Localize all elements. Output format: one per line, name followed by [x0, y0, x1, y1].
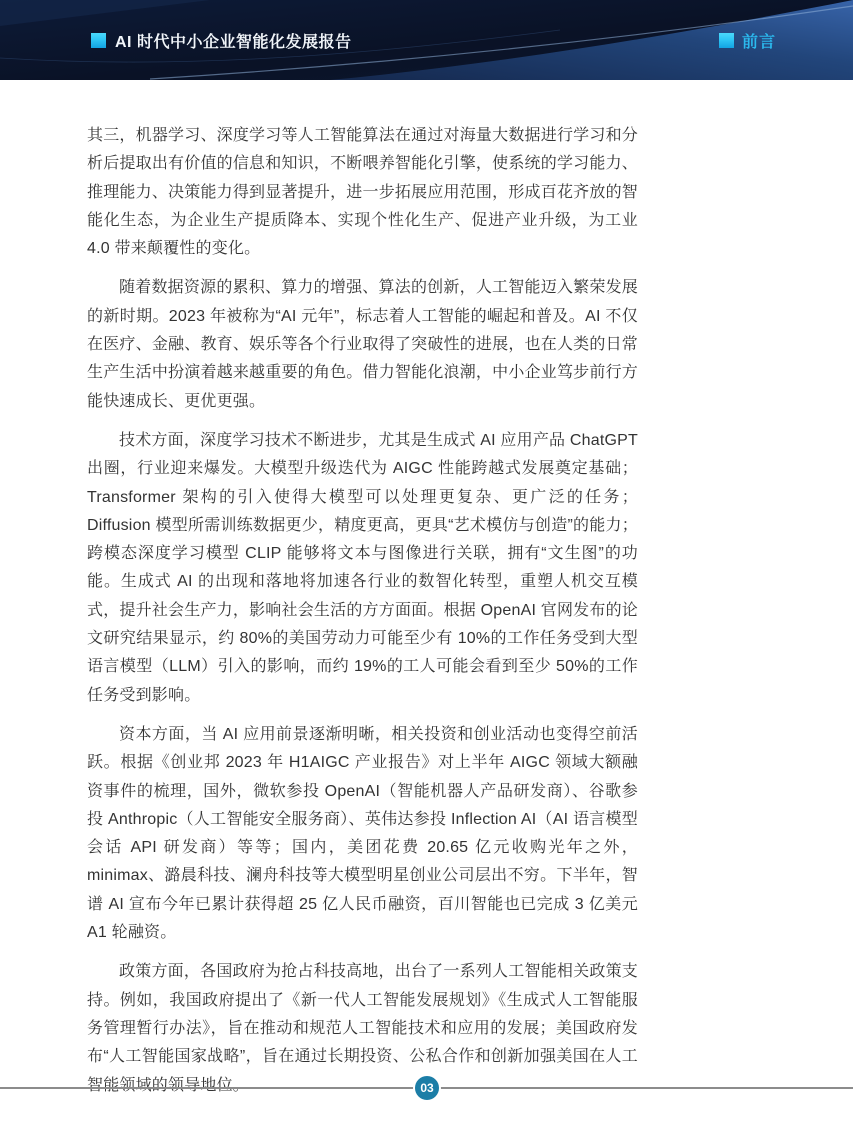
report-title: AI 时代中小企业智能化发展报告	[115, 29, 351, 52]
title-accent-square-icon	[91, 33, 106, 48]
paragraph-3: 技术方面，深度学习技术不断进步，尤其是生成式 AI 应用产品 ChatGPT 出…	[87, 427, 638, 710]
body-text: 其三，机器学习、深度学习等人工智能算法在通过对海量大数据进行学习和分析后提取出有…	[87, 122, 638, 1111]
section-accent-square-icon	[719, 33, 734, 48]
report-title-block: AI 时代中小企业智能化发展报告	[91, 0, 351, 80]
section-label-block: 前言	[719, 0, 776, 80]
section-label: 前言	[742, 29, 776, 52]
page-number-badge: 03	[413, 1074, 441, 1102]
paragraph-1: 其三，机器学习、深度学习等人工智能算法在通过对海量大数据进行学习和分析后提取出有…	[87, 122, 638, 263]
page-number: 03	[420, 1081, 433, 1095]
page-header: AI 时代中小企业智能化发展报告 前言	[0, 0, 853, 80]
report-page: AI 时代中小企业智能化发展报告 前言 其三，机器学习、深度学习等人工智能算法在…	[0, 0, 853, 1122]
paragraph-4: 资本方面，当 AI 应用前景逐渐明晰，相关投资和创业活动也变得空前活跃。根据《创…	[87, 721, 638, 947]
paragraph-2: 随着数据资源的累积、算力的增强、算法的创新，人工智能迈入繁荣发展的新时期。202…	[87, 274, 638, 415]
page-footer: 03	[0, 1074, 853, 1102]
